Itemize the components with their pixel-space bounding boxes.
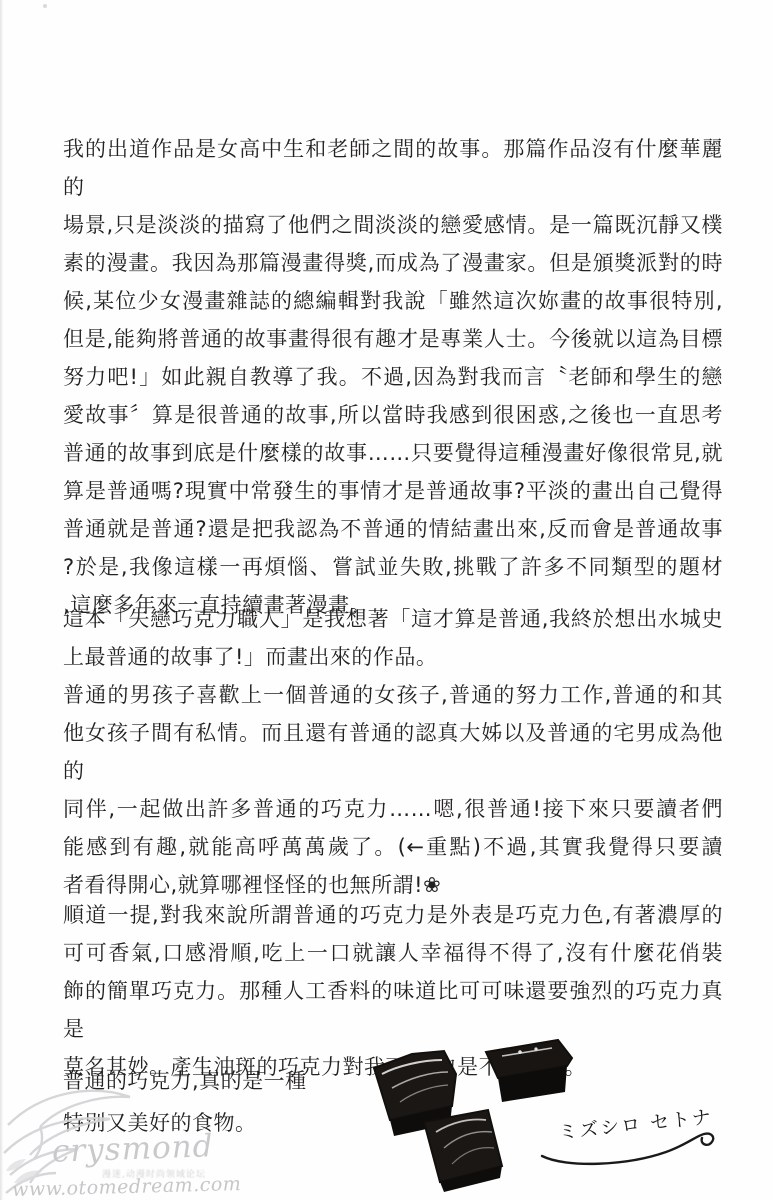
- watermark-logo-text: crysmond: [51, 1128, 214, 1170]
- scan-edge-shadow: [0, 0, 3, 1200]
- text-line: 普通的故事到底是什麼樣的故事……只要覺得這種漫畫好像很常見,就: [63, 434, 723, 472]
- chocolate-piece-right: [486, 1040, 572, 1102]
- scan-speck: [43, 4, 47, 8]
- text-line: 順道一提,對我來說所謂普通的巧克力是外表是巧克力色,有著濃厚的: [63, 896, 723, 934]
- text-line: 努力吧!」如此親自教導了我。不過,因為對我而言〝老師和學生的戀: [63, 358, 723, 396]
- signature-swirl-underline: [536, 1100, 736, 1180]
- text-line: 上最普通的故事了!」而畫出來的作品。: [63, 638, 723, 676]
- text-line: 候,某位少女漫畫雜誌的總編輯對我說「雖然這次妳畫的故事很特別,: [63, 282, 723, 320]
- text-line: 普通就是普通?還是把我認為不普通的情結畫出來,反而會是普通故事: [63, 510, 723, 548]
- text-line: 他女孩子間有私情。而且還有普通的認真大姊以及普通的宅男成為他的: [63, 714, 723, 790]
- scanlation-watermark: crysmond 漫迷,动漫时尚领域论坛 www.otomedream.com: [0, 1055, 240, 1200]
- text-line: 但是,能夠將普通的故事畫得很有趣才是專業人士。今後就以這為目標: [63, 320, 723, 358]
- afterword-paragraph-2: 這本「失戀巧克力職人」是我想著「這才算是普通,我終於想出水城史上最普通的故事了!…: [63, 600, 723, 904]
- chocolate-piece-bottom: [424, 1110, 502, 1192]
- text-line: 可可香氣,口感滑順,吃上一口就讓人幸福得不得了,沒有什麼花俏裝: [63, 934, 723, 972]
- text-line: 同伴,一起做出許多普通的巧克力……嗯,很普通!接下來只要讀者們: [63, 790, 723, 828]
- text-line: 愛故事〞算是很普通的故事,所以當時我感到很困惑,之後也一直思考: [63, 396, 723, 434]
- text-line: 算是普通嗎?現實中常發生的事情才是普通故事?平淡的畫出自己覺得: [63, 472, 723, 510]
- text-line: 能感到有趣,就能高呼萬萬歲了。(←重點)不過,其實我覺得只要讀: [63, 828, 723, 866]
- afterword-paragraph-1: 我的出道作品是女高中生和老師之間的故事。那篇作品沒有什麼華麗的場景,只是淡淡的描…: [63, 130, 723, 624]
- text-line: ?於是,我像這樣一再煩惱、嘗試並失敗,挑戰了許多不同類型的題材: [63, 548, 723, 586]
- text-line: 場景,只是淡淡的描寫了他們之間淡淡的戀愛感情。是一篇既沉靜又樸: [63, 206, 723, 244]
- text-line: 普通的男孩子喜歡上一個普通的女孩子,普通的努力工作,普通的和其: [63, 676, 723, 714]
- author-signature: ミズシロ セトナ: [536, 1100, 736, 1180]
- text-line: 素的漫畫。我因為那篇漫畫得獎,而成為了漫畫家。但是頒獎派對的時: [63, 244, 723, 282]
- text-line: 這本「失戀巧克力職人」是我想著「這才算是普通,我終於想出水城史: [63, 600, 723, 638]
- manga-afterword-page: 我的出道作品是女高中生和老師之間的故事。那篇作品沒有什麼華麗的場景,只是淡淡的描…: [0, 0, 774, 1200]
- text-line: 我的出道作品是女高中生和老師之間的故事。那篇作品沒有什麼華麗的: [63, 130, 723, 206]
